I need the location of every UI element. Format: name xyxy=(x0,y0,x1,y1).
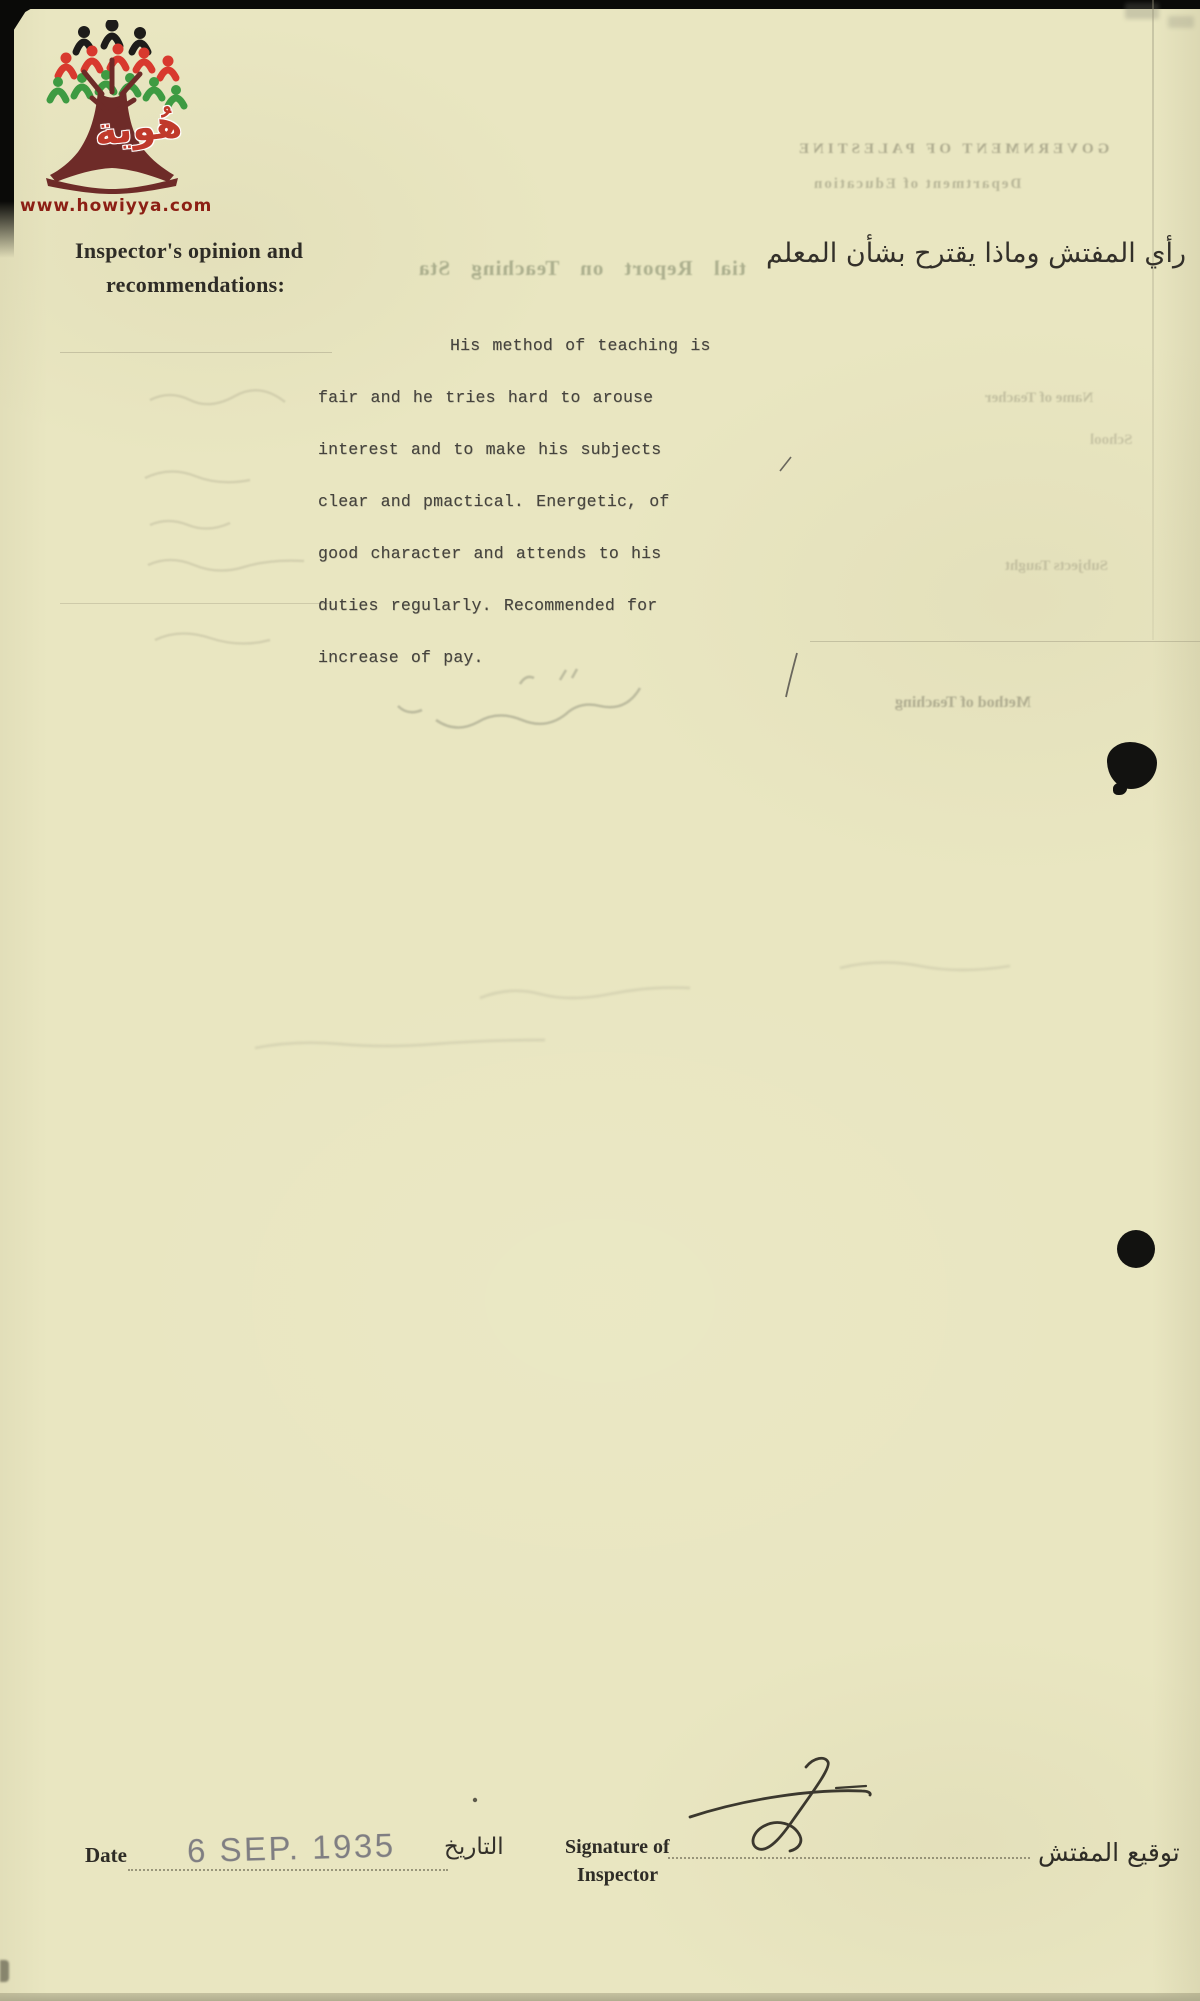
typed-line: clear and pmactical. Energetic, of xyxy=(318,476,858,528)
logo-people-red xyxy=(58,59,176,78)
ghost-report-title: tial Report on Teaching Sta xyxy=(418,256,746,281)
typed-line: fair and he tries hard to arouse xyxy=(318,372,858,424)
ghost-rule-line xyxy=(60,603,332,604)
watermark-url: www.howiyya.com xyxy=(20,196,230,216)
paper-texture xyxy=(0,0,1200,2001)
scan-edge-bottom xyxy=(0,1993,1200,2001)
pen-marks-layer xyxy=(0,0,1200,2001)
signature-label-line2: Inspector xyxy=(577,1864,658,1887)
date-label-arabic: التاريخ xyxy=(444,1834,504,1860)
ghost-subjects-label: Subjects Taught xyxy=(1005,558,1108,575)
scan-edge-left xyxy=(0,0,14,258)
ghost-name-of-teacher-label: Name of Teacher xyxy=(985,390,1093,407)
typed-line: increase of pay. xyxy=(318,632,858,684)
typewritten-opinion-paragraph: His method of teaching is fair and he tr… xyxy=(318,320,858,684)
date-stamp: 6 SEP. 1935 xyxy=(187,1826,428,1871)
ink-dot-lower xyxy=(1117,1230,1155,1268)
paper-crease xyxy=(810,641,1200,642)
scan-edge-top xyxy=(0,0,1200,9)
paper-fold-line xyxy=(1152,0,1154,640)
ghost-rule-line xyxy=(60,352,332,353)
signature-label-line1: Signature of xyxy=(565,1836,670,1859)
ink-speck xyxy=(473,1798,477,1802)
scan-smudge xyxy=(1168,16,1194,28)
ghost-school-label: School xyxy=(1090,432,1133,449)
signature-label-arabic: توقيع المفتش xyxy=(1038,1838,1180,1867)
ghost-handwriting-lower xyxy=(255,962,1010,1048)
typed-line: duties regularly. Recommended for xyxy=(318,580,858,632)
inspectors-opinion-label-line1: Inspector's opinion and xyxy=(75,238,303,264)
ghost-government-of-palestine: GOVERNMENT OF PALESTINE xyxy=(795,141,1109,158)
ink-dot-upper xyxy=(1107,742,1157,789)
ghost-department-of-education: Department of Education xyxy=(812,176,1021,193)
scan-mark-bottom-left xyxy=(0,1960,9,1982)
typed-line: His method of teaching is xyxy=(318,320,858,372)
inspectors-opinion-label-line2: recommendations: xyxy=(106,272,285,298)
inspector-signature xyxy=(690,1758,870,1851)
date-label: Date xyxy=(85,1843,127,1868)
inspectors-opinion-label-arabic: رأي المفتش وماذا يقترح بشأن المعلم xyxy=(766,238,1186,269)
ghost-arabic-squiggles-left xyxy=(145,390,304,643)
scanned-document-page: هُوية www.howiyya.com GOVERNMENT OF PALE… xyxy=(0,0,1200,2001)
typed-line: interest and to make his subjects xyxy=(318,424,858,476)
signature-dotted-line xyxy=(668,1840,1030,1859)
typed-line: good character and attends to his xyxy=(318,528,858,580)
ink-dot-upper-tail xyxy=(1113,783,1127,795)
ghost-method-of-teaching-label: Method of Teaching xyxy=(895,694,1031,712)
